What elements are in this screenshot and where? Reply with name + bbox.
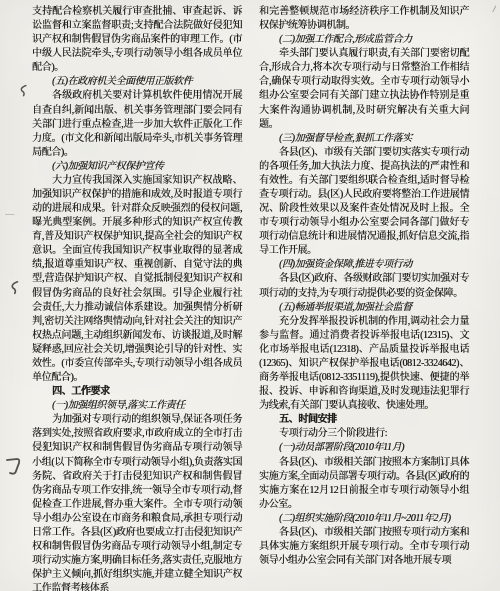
- section-heading: 四、工作要求: [32, 385, 242, 399]
- subsection-heading: (五)在政府机关全面使用正版软件: [32, 75, 242, 89]
- subsection-heading: (三)加强督导检查,狠抓工作落实: [259, 132, 469, 146]
- body-paragraph: 各县(区)、市级相关部门按照专项行动方案和具体实施方案组织开展专项行动。全市专项…: [259, 526, 469, 568]
- body-paragraph: 大力宣传我国深入实施国家知识产权战略、加强知识产权保护的措施和成效,及时报道专项…: [32, 174, 242, 385]
- text-column-left: 支持配合检察机关履行审查批捕、审查起诉、诉讼监督和立案监督职责;支持配合法院做好…: [32, 5, 242, 591]
- body-paragraph: 各级政府机关要对计算机软件使用情况开展自查自纠,新闻出版、机关事务管理部门要会同…: [32, 89, 242, 159]
- body-paragraph: 充分发挥举报投诉机制的作用,调动社会力量参与监督。通过消费者投诉举报电话(123…: [259, 315, 469, 414]
- body-paragraph: 支持配合检察机关履行审查批捕、审查起诉、诉讼监督和立案监督职责;支持配合法院做好…: [32, 5, 242, 75]
- two-column-text-area: 支持配合检察机关履行审查批捕、审查起诉、诉讼监督和立案监督职责;支持配合法院做好…: [0, 0, 500, 591]
- scanned-document-page: 支持配合检察机关履行审查批捕、审查起诉、诉讼监督和立案监督职责;支持配合法院做好…: [0, 0, 500, 591]
- body-paragraph: 各县(区)政府、各级财政部门要切实加强对专项行动的支持,为专项行动提供必要的资金…: [259, 272, 469, 300]
- text-column-right: 和完善整顿规范市场经济秩序工作机制及知识产权保护统筹协调机制。(二)加强工作配合…: [259, 5, 469, 591]
- body-paragraph: 为加强对专项行动的组织领导,保证各项任务落到实处,按照省政府要求,市政府成立的全…: [32, 413, 242, 591]
- section-heading: 五、时间安排: [259, 413, 469, 427]
- subsection-heading: (一)加强组织领导,落实工作责任: [32, 399, 242, 413]
- subsection-heading: (六)加强知识产权保护宣传: [32, 160, 242, 174]
- subsection-heading: (四)加强资金保障,推进专项行动: [259, 258, 469, 272]
- subsection-heading: (五)畅通举报渠道,加强社会监督: [259, 301, 469, 315]
- body-paragraph: 专项行动分三个阶段进行:: [259, 427, 469, 441]
- body-paragraph: 牵头部门要认真履行职责,有关部门要密切配合,形成合力,将本次专项行动与日常整治工…: [259, 47, 469, 131]
- body-paragraph: 各县(区)、市级有关部门要切实落实专项行动的各项任务,加大执法力度、提高执法的严…: [259, 146, 469, 259]
- subsection-heading: (一)动员部署阶段(2010年11月): [259, 441, 469, 455]
- body-paragraph: 各县(区)、市级相关部门按照本方案制订具体实施方案,全面动员部署专项行动。各县(…: [259, 456, 469, 512]
- subsection-heading: (二)组织实施阶段(2010年11月~2011年2月): [259, 512, 469, 526]
- body-paragraph: 和完善整顿规范市场经济秩序工作机制及知识产权保护统筹协调机制。: [259, 5, 469, 33]
- subsection-heading: (二)加强工作配合,形成监管合力: [259, 33, 469, 47]
